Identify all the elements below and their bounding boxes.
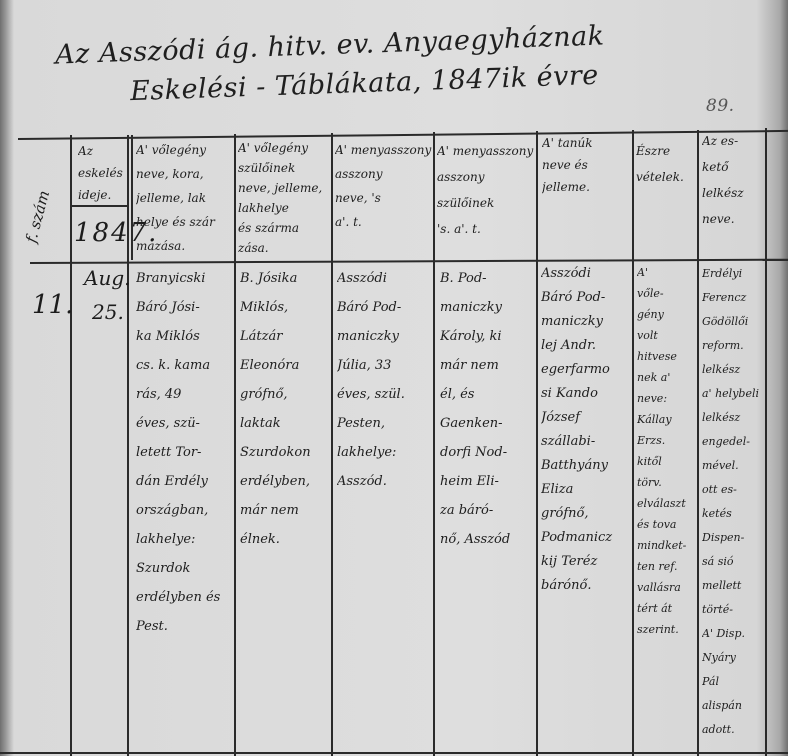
cell-line: Pesten,: [337, 409, 433, 438]
cell-line: letett Tor-: [136, 438, 234, 467]
cell-bride: Asszódi Báró Pod- maniczky Júlia, 33 éve…: [337, 264, 433, 496]
cell-line: Júlia, 33: [337, 351, 433, 380]
cell-line: Báró Jósi-: [136, 293, 234, 322]
cell-line: szerint.: [637, 619, 697, 640]
cell-remarks: A' vőle- gény volt hitvese nek a' neve: …: [637, 262, 697, 640]
header-line: a'. t.: [335, 210, 433, 234]
cell-line: és tova: [637, 514, 697, 535]
cell-line: lelkész: [702, 358, 765, 382]
cell-line: elválaszt: [637, 493, 697, 514]
cell-line: grófnő,: [240, 380, 331, 409]
cell-line: bárónő.: [541, 574, 632, 598]
cell-line: nő, Asszód: [440, 525, 536, 554]
cell-line: a' helybeli: [702, 382, 765, 406]
header-line: zása.: [238, 238, 331, 258]
header-line: Az es-: [702, 128, 765, 154]
cell-line: Eleonóra: [240, 351, 331, 380]
header-line: A' menyasszony: [335, 138, 433, 162]
header-line: A' tanúk: [542, 132, 632, 154]
cell-line: Asszódi: [541, 262, 632, 286]
cell-line: adott.: [702, 718, 765, 742]
cell-line: József: [541, 406, 632, 430]
header-witnesses: A' tanúk neve és jelleme.: [542, 132, 632, 198]
cell-line: ka Miklós: [136, 322, 234, 351]
header-date: Az eskelés ideje.: [78, 140, 128, 206]
cell-line: erdélyben és: [136, 583, 234, 612]
cell-line: vallásra: [637, 577, 697, 598]
header-line: Észre: [636, 138, 697, 164]
cell-line: lakhelye:: [136, 525, 234, 554]
header-line: A' vőlegény: [136, 138, 234, 162]
header-line: mazása.: [136, 234, 234, 258]
cell-line: Kállay: [637, 409, 697, 430]
header-line: A' menyasszony: [437, 138, 536, 164]
cell-line: erdélyben,: [240, 467, 331, 496]
header-line: szülőinek: [238, 158, 331, 178]
cell-line: ten ref.: [637, 556, 697, 577]
header-bride-parents: A' menyasszony asszony szülőinek 's. a'.…: [437, 138, 536, 242]
cell-line: Podmanicz: [541, 526, 632, 550]
header-line: A' vőlegény: [238, 138, 331, 158]
cell-line: nek a': [637, 367, 697, 388]
cell-line: Károly, ki: [440, 322, 536, 351]
cell-line: heim Eli-: [440, 467, 536, 496]
cell-line: Szurdokon: [240, 438, 331, 467]
cell-line: szállabi-: [541, 430, 632, 454]
cell-line: reform.: [702, 334, 765, 358]
header-line: neve.: [702, 206, 765, 232]
header-line: neve, jelleme,: [238, 178, 331, 198]
cell-line: alispán: [702, 694, 765, 718]
header-line: jelleme, lak: [136, 186, 234, 210]
header-line: neve és: [542, 154, 632, 176]
header-bride: A' menyasszony asszony neve, 's a'. t.: [335, 138, 433, 234]
cell-line: rás, 49: [136, 380, 234, 409]
cell-line: Nyáry: [702, 646, 765, 670]
cell-line: maniczky: [337, 322, 433, 351]
cell-line: kitől: [637, 451, 697, 472]
header-line: asszony: [335, 162, 433, 186]
header-line: Az: [78, 140, 128, 162]
cell-line: Batthyány: [541, 454, 632, 478]
header-line: ideje.: [78, 184, 128, 206]
cell-groom-parents: B. Jósika Miklós, Látzár Eleonóra grófnő…: [240, 264, 331, 554]
marriage-date-month: Aug.: [84, 266, 130, 290]
header-line: szülőinek: [437, 190, 536, 216]
cell-line: Látzár: [240, 322, 331, 351]
header-line: lelkész: [702, 180, 765, 206]
cell-line: dán Erdély: [136, 467, 234, 496]
cell-line: él, és: [440, 380, 536, 409]
cell-line: Báró Pod-: [337, 293, 433, 322]
table-bottom-rule: [0, 752, 788, 754]
cell-line: Báró Pod-: [541, 286, 632, 310]
cell-line: engedel-: [702, 430, 765, 454]
header-line: eskelés: [78, 162, 128, 184]
entry-number: 11.: [32, 290, 73, 320]
cell-line: sá sió: [702, 550, 765, 574]
cell-line: B. Pod-: [440, 264, 536, 293]
column-rule: [331, 133, 333, 756]
cell-line: si Kando: [541, 382, 632, 406]
column-rule: [697, 130, 699, 756]
cell-line: Branyicski: [136, 264, 234, 293]
cell-line: tért át: [637, 598, 697, 619]
header-line: vételek.: [636, 164, 697, 190]
header-officiant: Az es- kető lelkész neve.: [702, 128, 765, 232]
cell-line: élnek.: [240, 525, 331, 554]
cell-line: Gaenken-: [440, 409, 536, 438]
cell-line: törté-: [702, 598, 765, 622]
cell-line: törv.: [637, 472, 697, 493]
header-line: lakhelye: [238, 198, 331, 218]
cell-line: éves, szül.: [337, 380, 433, 409]
cell-line: Miklós,: [240, 293, 331, 322]
cell-line: ketés: [702, 502, 765, 526]
marriage-date-day: 25.: [92, 300, 124, 324]
margin-vertical-note: f. szám: [22, 188, 53, 244]
cell-line: lelkész: [702, 406, 765, 430]
header-line: helye és szár: [136, 210, 234, 234]
cell-line: Pál: [702, 670, 765, 694]
cell-line: dorfi Nod-: [440, 438, 536, 467]
cell-line: Ferencz: [702, 286, 765, 310]
cell-line: za báró-: [440, 496, 536, 525]
cell-line: Gödöllői: [702, 310, 765, 334]
header-groom-parents: A' vőlegény szülőinek neve, jelleme, lak…: [238, 138, 331, 258]
cell-line: Eliza: [541, 478, 632, 502]
cell-line: B. Jósika: [240, 264, 331, 293]
cell-groom: Branyicski Báró Jósi- ka Miklós cs. k. k…: [136, 264, 234, 641]
cell-line: mindket-: [637, 535, 697, 556]
cell-line: volt: [637, 325, 697, 346]
column-rule: [632, 130, 634, 756]
register-title-line-2: Eskelési - Táblákata, 1847ik évre: [130, 60, 600, 107]
cell-line: hitvese: [637, 346, 697, 367]
cell-line: grófnő,: [541, 502, 632, 526]
cell-line: már nem: [440, 351, 536, 380]
header-line: és szárma: [238, 218, 331, 238]
column-rule: [765, 128, 767, 756]
cell-line: Erzs.: [637, 430, 697, 451]
cell-line: Szurdok: [136, 554, 234, 583]
header-line: neve, kora,: [136, 162, 234, 186]
cell-line: Pest.: [136, 612, 234, 641]
header-line: asszony: [437, 164, 536, 190]
cell-officiant: Erdélyi Ferencz Gödöllői reform. lelkész…: [702, 262, 765, 742]
header-line: kető: [702, 154, 765, 180]
cell-line: egerfarmo: [541, 358, 632, 382]
cell-line: ott es-: [702, 478, 765, 502]
cell-line: gény: [637, 304, 697, 325]
cell-line: Asszódi: [337, 264, 433, 293]
cell-line: lej Andr.: [541, 334, 632, 358]
cell-line: Dispen-: [702, 526, 765, 550]
cell-line: kij Teréz: [541, 550, 632, 574]
column-rule: [70, 135, 72, 756]
cell-line: A': [637, 262, 697, 283]
cell-line: maniczky: [541, 310, 632, 334]
header-groom: A' vőlegény neve, kora, jelleme, lak hel…: [136, 138, 234, 258]
cell-line: A' Disp.: [702, 622, 765, 646]
header-line: neve, 's: [335, 186, 433, 210]
cell-line: vőle-: [637, 283, 697, 304]
column-rule: [234, 134, 236, 756]
cell-line: maniczky: [440, 293, 536, 322]
cell-line: országban,: [136, 496, 234, 525]
cell-line: Erdélyi: [702, 262, 765, 286]
cell-bride-parents: B. Pod- maniczky Károly, ki már nem él, …: [440, 264, 536, 554]
header-remarks: Észre vételek.: [636, 138, 697, 190]
header-line: jelleme.: [542, 176, 632, 198]
cell-line: lakhelye:: [337, 438, 433, 467]
cell-line: Asszód.: [337, 467, 433, 496]
cell-line: mellett: [702, 574, 765, 598]
cell-line: neve:: [637, 388, 697, 409]
column-rule: [536, 131, 538, 756]
cell-line: éves, szü-: [136, 409, 234, 438]
cell-line: laktak: [240, 409, 331, 438]
header-line: 's. a'. t.: [437, 216, 536, 242]
cell-witnesses: Asszódi Báró Pod- maniczky lej Andr. ege…: [541, 262, 632, 598]
page-number: 89.: [706, 96, 735, 116]
cell-line: cs. k. kama: [136, 351, 234, 380]
cell-line: mével.: [702, 454, 765, 478]
scanned-register-page: Az Asszódi ág. hitv. ev. Anyaegyháznak E…: [0, 0, 788, 756]
cell-line: már nem: [240, 496, 331, 525]
column-rule: [433, 132, 435, 756]
